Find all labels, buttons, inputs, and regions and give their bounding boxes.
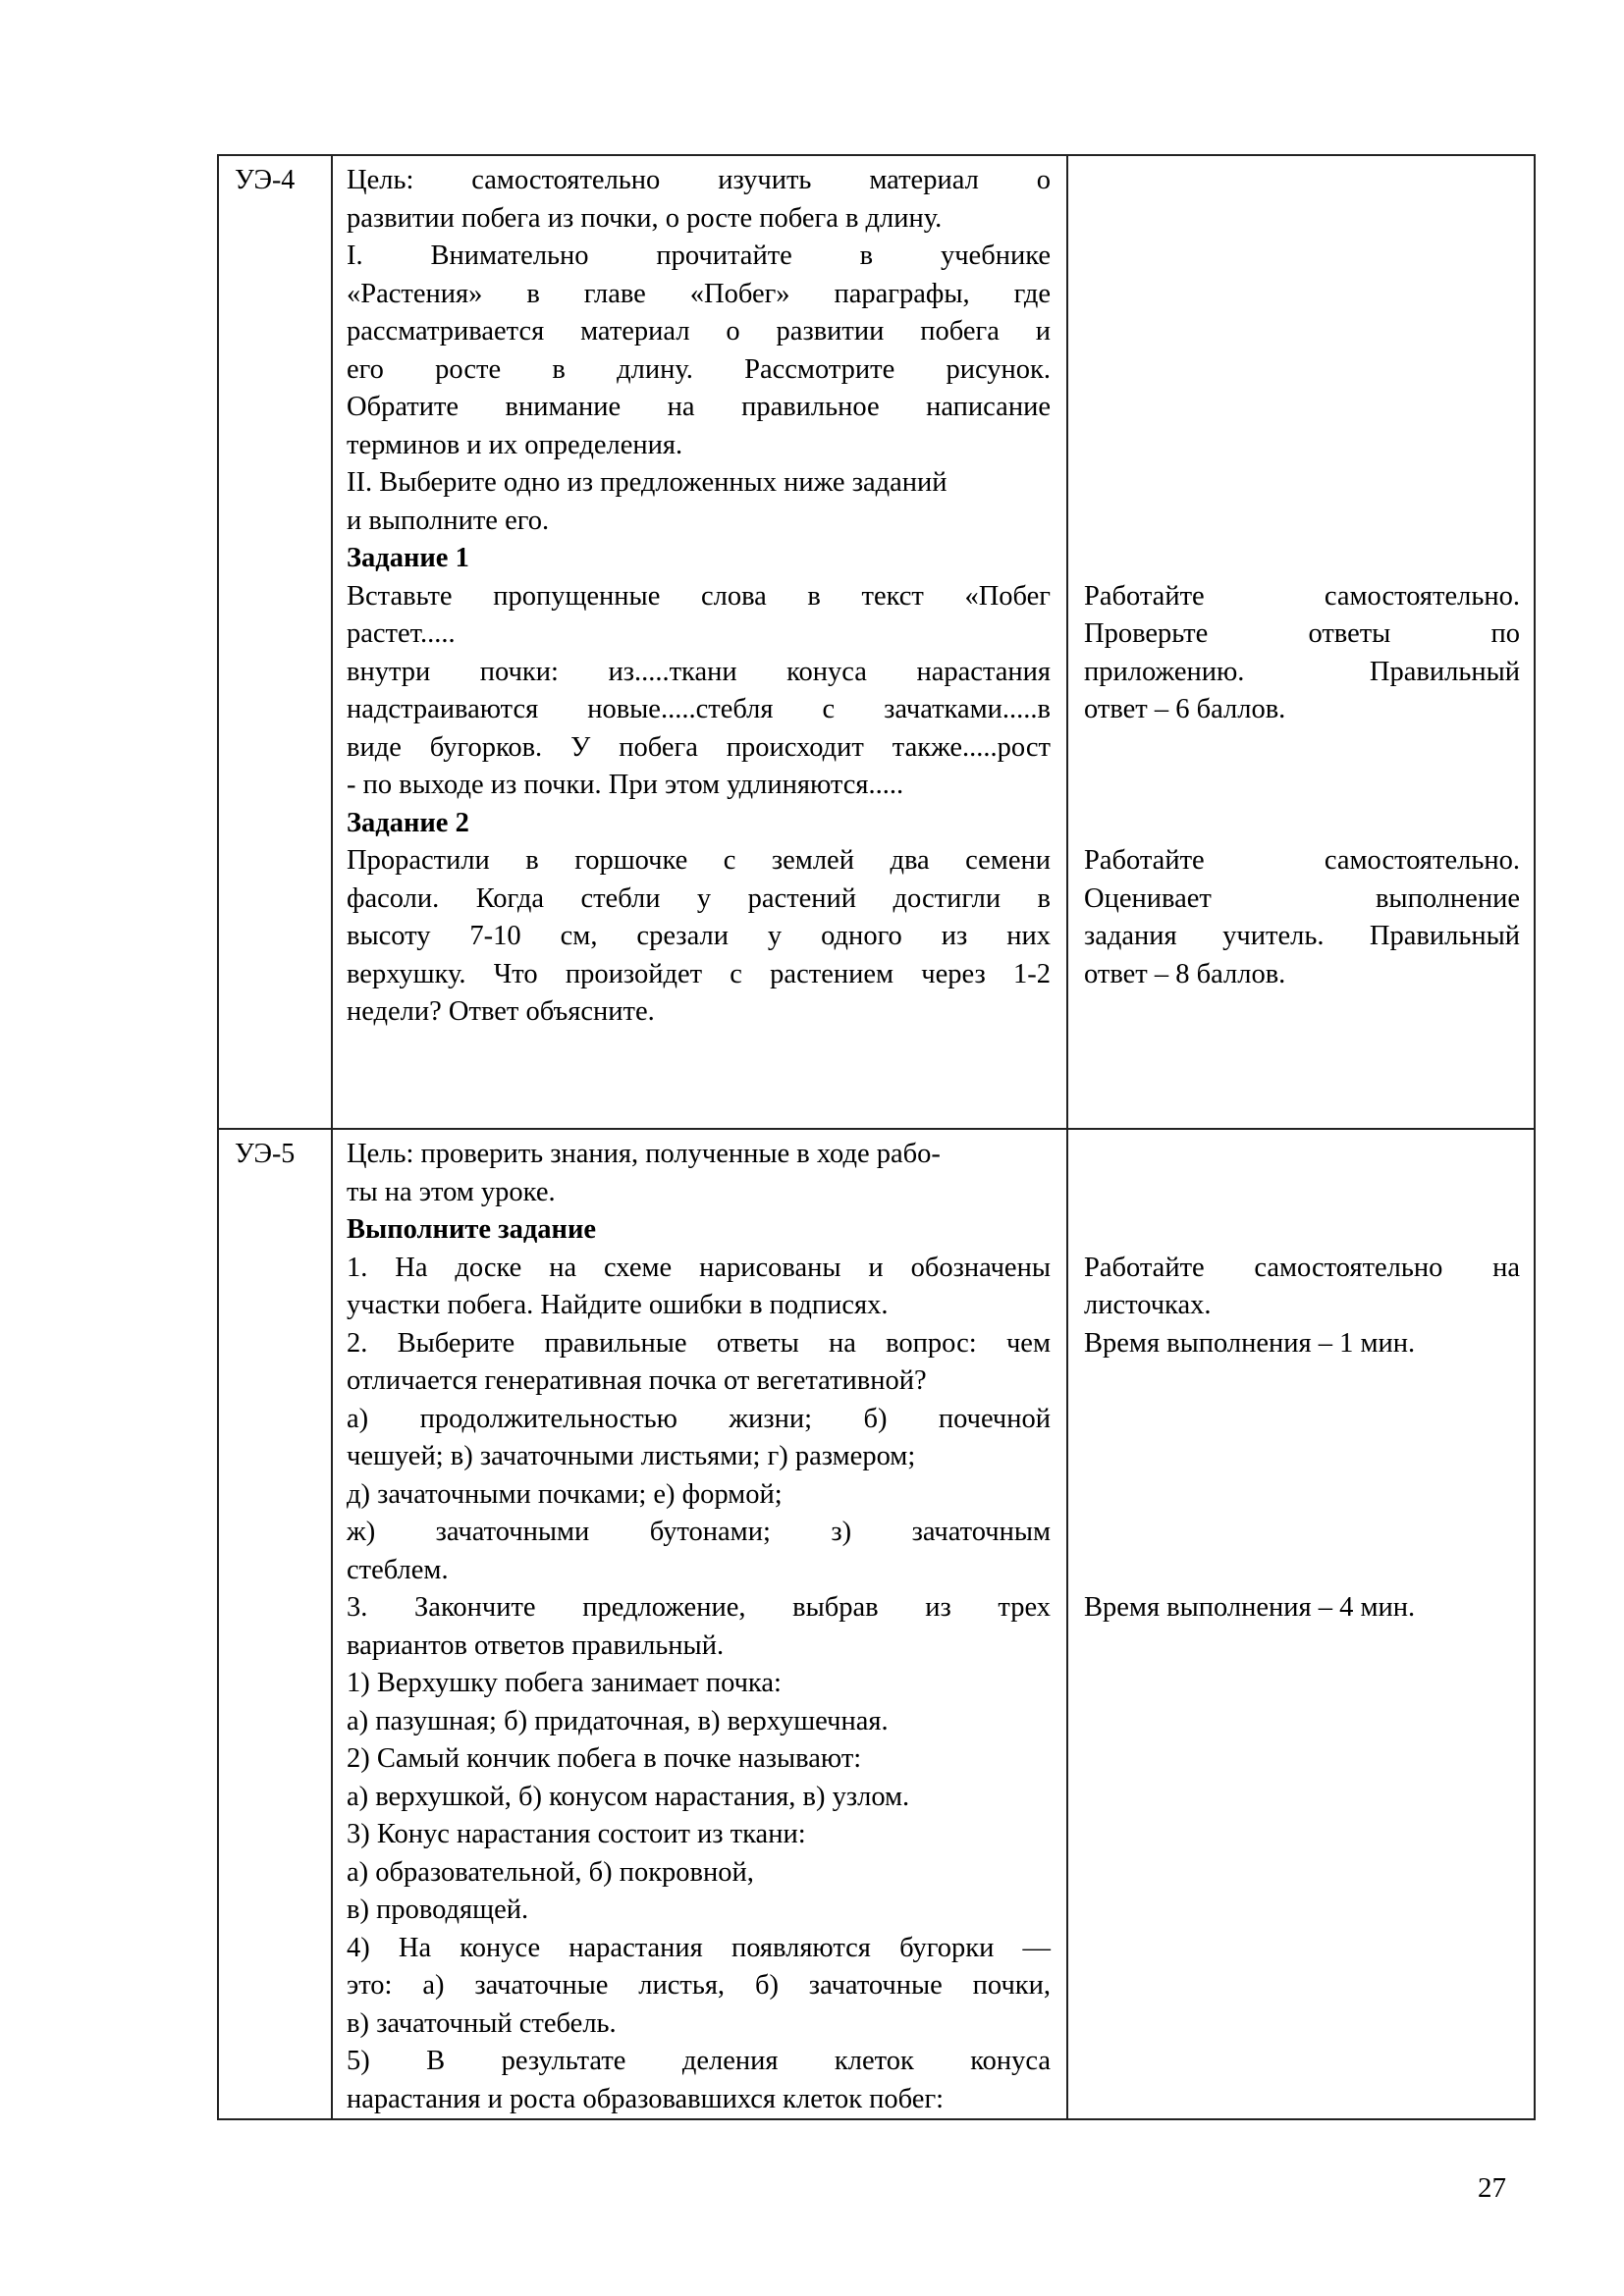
text-line: д) зачаточными почками; е) формой; <box>347 1476 1051 1515</box>
text-line: Работайте самостоятельно. <box>1084 842 1520 881</box>
task-text: Цель: самостоятельно изучить материал ор… <box>333 156 1066 1032</box>
blank-line <box>1084 351 1520 390</box>
text-line: Цель: самостоятельно изучить материал о <box>347 162 1051 200</box>
blank-line <box>1084 1514 1520 1552</box>
blank-line <box>1084 1401 1520 1439</box>
text-line: приложению. Правильный <box>1084 654 1520 692</box>
text-line: это: а) зачаточные листья, б) зачаточные… <box>347 1967 1051 2005</box>
task-cell: Цель: самостоятельно изучить материал ор… <box>332 155 1067 1129</box>
text-line: рассматривается материал о развитии побе… <box>347 313 1051 351</box>
section-heading: Задание 1 <box>347 540 1051 578</box>
text-line: ответ – 6 баллов. <box>1084 691 1520 729</box>
blank-line <box>1084 1174 1520 1212</box>
text-line: верхушку. Что произойдет с растением чер… <box>347 956 1051 994</box>
blank-line <box>1084 313 1520 351</box>
guidance-cell: Работайте самостоятельно.Проверьте ответ… <box>1067 155 1535 1129</box>
text-line: Работайте самостоятельно на <box>1084 1250 1520 1288</box>
text-line: чешуей; в) зачаточными листьями; г) разм… <box>347 1438 1051 1476</box>
guidance-cell: Работайте самостоятельно налисточках.Вре… <box>1067 1129 1535 2119</box>
blank-line <box>1084 464 1520 503</box>
blank-line <box>1084 389 1520 427</box>
blank-line <box>1084 1438 1520 1476</box>
text-line: виде бугорков. У побега происходит также… <box>347 729 1051 768</box>
section-heading: Выполните задание <box>347 1211 1051 1250</box>
text-line: и выполните его. <box>347 503 1051 541</box>
text-line: 1. На доске на схеме нарисованы и обозна… <box>347 1250 1051 1288</box>
text-line: ты на этом уроке. <box>347 1174 1051 1212</box>
table-row: УЭ-5 Цель: проверить знания, полученные … <box>218 1129 1535 2119</box>
table-row: УЭ-4 Цель: самостоятельно изучить матери… <box>218 155 1535 1129</box>
text-line: Прорастили в горшочке с землей два семен… <box>347 842 1051 881</box>
text-line: растет..... <box>347 615 1051 654</box>
lesson-table: УЭ-4 Цель: самостоятельно изучить матери… <box>217 154 1536 2120</box>
element-code-cell: УЭ-4 <box>218 155 332 1129</box>
blank-line <box>1084 1476 1520 1515</box>
document-page: УЭ-4 Цель: самостоятельно изучить матери… <box>0 0 1624 2296</box>
text-line: II. Выберите одно из предложенных ниже з… <box>347 464 1051 503</box>
text-line: Проверьте ответы по <box>1084 615 1520 654</box>
text-line: развитии побега из почки, о росте побега… <box>347 200 1051 239</box>
blank-line <box>1084 767 1520 805</box>
blank-line <box>1084 1136 1520 1174</box>
text-line: а) верхушкой, б) конусом нарастания, в) … <box>347 1779 1051 1817</box>
text-line: а) пазушная; б) придаточная, в) верхушеч… <box>347 1703 1051 1741</box>
blank-line <box>1084 1552 1520 1590</box>
text-line: терминов и их определения. <box>347 427 1051 465</box>
blank-line <box>1084 1211 1520 1250</box>
page-number: 27 <box>1478 2171 1506 2205</box>
text-line: а) образовательной, б) покровной, <box>347 1854 1051 1893</box>
text-line: фасоли. Когда стебли у растений достигли… <box>347 881 1051 919</box>
text-line: вариантов ответов правильный. <box>347 1628 1051 1666</box>
text-line: задания учитель. Правильный <box>1084 918 1520 956</box>
blank-line <box>1084 503 1520 541</box>
text-line: Вставьте пропущенные слова в текст «Побе… <box>347 578 1051 616</box>
text-line: ж) зачаточными бутонами; з) зачаточным <box>347 1514 1051 1552</box>
blank-line <box>1084 238 1520 276</box>
text-line: 3) Конус нарастания состоит из ткани: <box>347 1816 1051 1854</box>
blank-line <box>1084 1362 1520 1401</box>
text-line: Работайте самостоятельно. <box>1084 578 1520 616</box>
text-line: Время выполнения – 4 мин. <box>1084 1589 1520 1628</box>
text-line: в) проводящей. <box>347 1892 1051 1930</box>
blank-line <box>1084 427 1520 465</box>
blank-line <box>1084 729 1520 768</box>
section-heading: Задание 2 <box>347 805 1051 843</box>
text-line: стеблем. <box>347 1552 1051 1590</box>
text-line: - по выходе из почки. При этом удлиняютс… <box>347 767 1051 805</box>
blank-line <box>1084 805 1520 843</box>
text-line: 2) Самый кончик побега в почке называют: <box>347 1740 1051 1779</box>
blank-line <box>1084 200 1520 239</box>
text-line: внутри почки: из.....ткани конуса нараст… <box>347 654 1051 692</box>
text-line: участки побега. Найдите ошибки в подпися… <box>347 1287 1051 1325</box>
text-line: его росте в длину. Рассмотрите рисунок. <box>347 351 1051 390</box>
text-line: 3. Закончите предложение, выбрав из трех <box>347 1589 1051 1628</box>
text-line: Время выполнения – 1 мин. <box>1084 1325 1520 1363</box>
text-line: нарастания и роста образовавшихся клеток… <box>347 2081 1051 2119</box>
text-line: 1) Верхушку побега занимает почка: <box>347 1665 1051 1703</box>
element-code-cell: УЭ-5 <box>218 1129 332 2119</box>
blank-line <box>1084 162 1520 200</box>
text-line: Обратите внимание на правильное написани… <box>347 389 1051 427</box>
text-line: в) зачаточный стебель. <box>347 2005 1051 2044</box>
text-line: высоту 7-10 см, срезали у одного из них <box>347 918 1051 956</box>
text-line: ответ – 8 баллов. <box>1084 956 1520 994</box>
text-line: I. Внимательно прочитайте в учебнике <box>347 238 1051 276</box>
text-line: «Растения» в главе «Побег» параграфы, гд… <box>347 276 1051 314</box>
text-line: Цель: проверить знания, полученные в ход… <box>347 1136 1051 1174</box>
element-code: УЭ-5 <box>219 1130 331 1174</box>
text-line: надстраиваются новые.....стебля с зачатк… <box>347 691 1051 729</box>
text-line: Оценивает выполнение <box>1084 881 1520 919</box>
text-line: а) продолжительностью жизни; б) почечной <box>347 1401 1051 1439</box>
text-line: недели? Ответ объясните. <box>347 993 1051 1032</box>
task-cell: Цель: проверить знания, полученные в ход… <box>332 1129 1067 2119</box>
guidance-text: Работайте самостоятельно налисточках.Вре… <box>1068 1130 1534 1628</box>
blank-line <box>1084 276 1520 314</box>
guidance-text: Работайте самостоятельно.Проверьте ответ… <box>1068 156 1534 993</box>
text-line: 5) В результате деления клеток конуса <box>347 2043 1051 2081</box>
text-line: 2. Выберите правильные ответы на вопрос:… <box>347 1325 1051 1363</box>
element-code: УЭ-4 <box>219 156 331 200</box>
text-line: отличается генеративная почка от вегетат… <box>347 1362 1051 1401</box>
text-line: листочках. <box>1084 1287 1520 1325</box>
blank-line <box>1084 540 1520 578</box>
task-text: Цель: проверить знания, полученные в ход… <box>333 1130 1066 2118</box>
text-line: 4) На конусе нарастания появляются бугор… <box>347 1930 1051 1968</box>
